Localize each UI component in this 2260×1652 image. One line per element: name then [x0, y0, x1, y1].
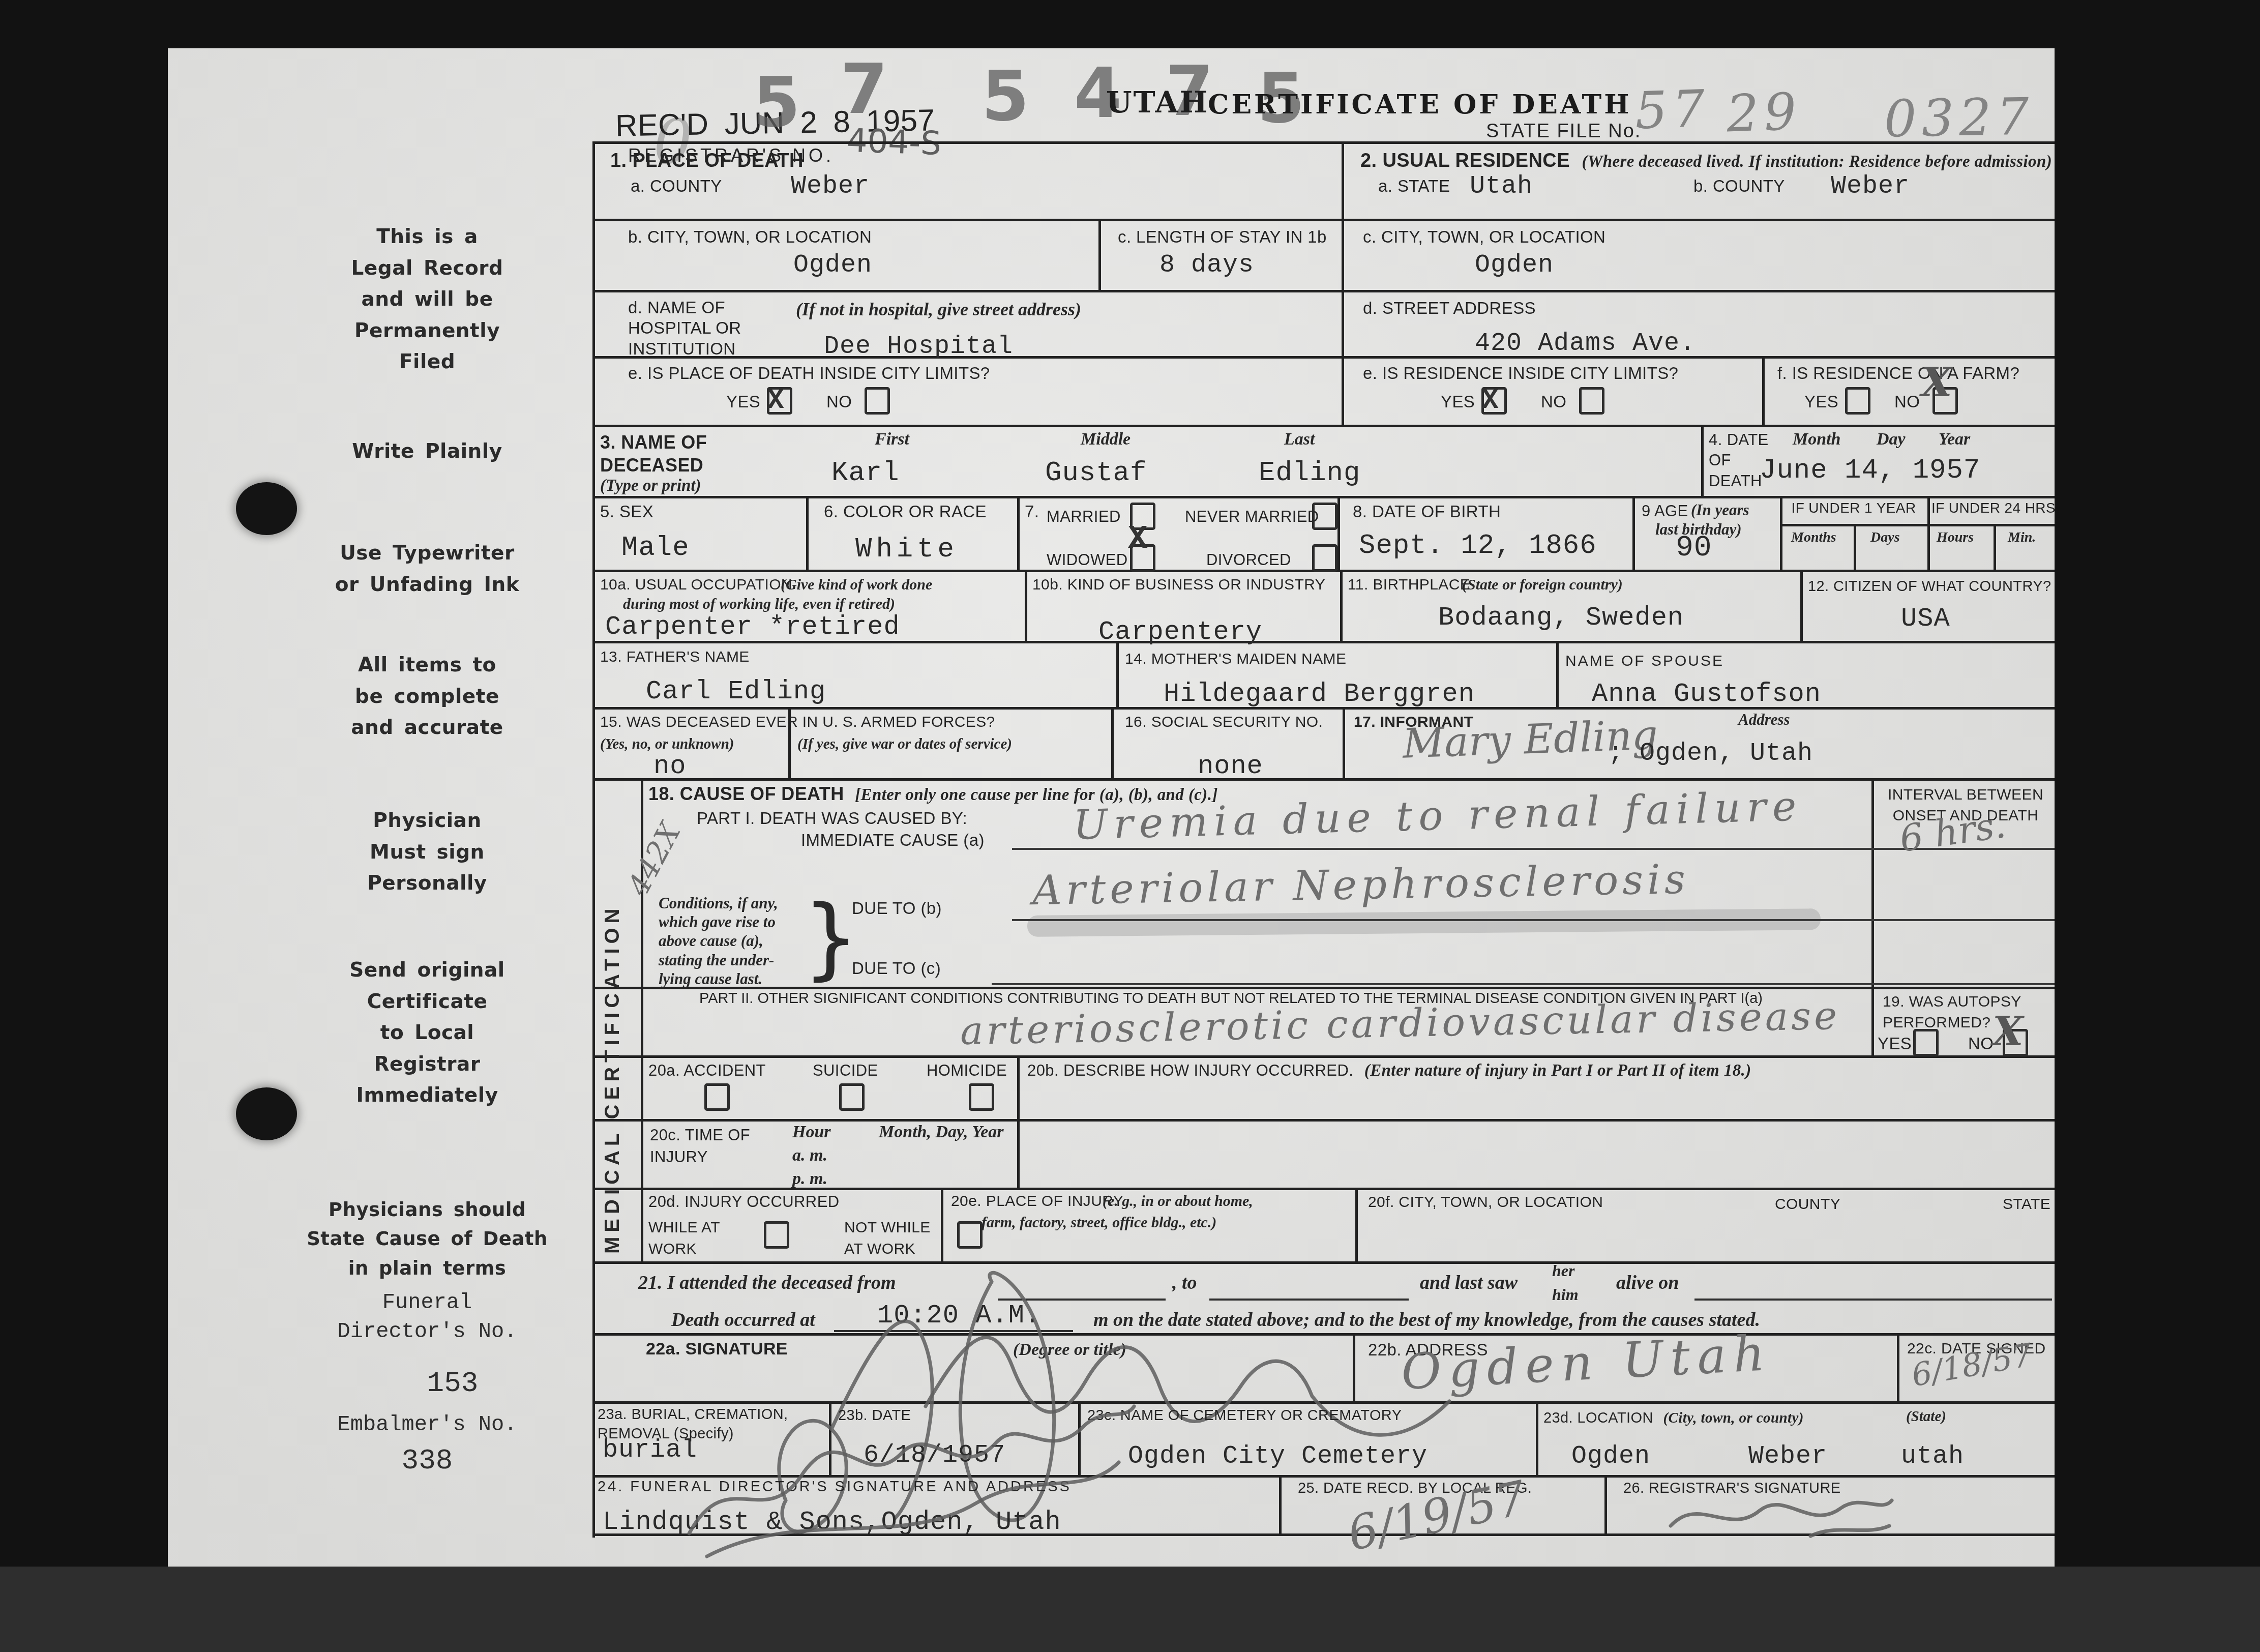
s2e-yes-label: YES [1441, 392, 1475, 411]
s21-her: her [1552, 1261, 1574, 1280]
s9-months-hint: Months [1791, 529, 1836, 546]
s2b-label: b. COUNTY [1693, 176, 1785, 196]
s17-address-typed: ; Ogden, Utah [1608, 739, 1813, 768]
s11-hint: (State or foreign country) [1462, 576, 1623, 594]
s9-hours-hint: Hours [1937, 529, 1974, 546]
s7-num: 7. [1025, 502, 1039, 521]
s1d-hint: (If not in hospital, give street address… [796, 299, 1081, 320]
s11-value: Bodaang, Sweden [1438, 603, 1684, 633]
s2f-yes-label: YES [1804, 392, 1838, 411]
s9-days-hint: Days [1870, 529, 1900, 546]
s2c-label: c. CITY, TOWN, OR LOCATION [1363, 227, 1605, 247]
s9-min-hint: Min. [2008, 529, 2036, 546]
s13-value: Carl Edling [646, 676, 826, 706]
s21-text4: alive on [1616, 1272, 1679, 1294]
s1e-yes-label: YES [726, 392, 760, 411]
s10b-value: Carpentery [1098, 617, 1262, 647]
s2f-yes-checkbox [1845, 387, 1870, 415]
s1e-no-checkbox [865, 387, 890, 415]
state-file-no: 29 [1726, 81, 1802, 143]
s10b-label: 10b. KIND OF BUSINESS OR INDUSTRY [1032, 576, 1325, 594]
s3-middle-hint: Middle [1081, 430, 1131, 449]
s2f-label: f. IS RESIDENCE ON A FARM? [1777, 364, 2019, 383]
s1c-value: 8 days [1159, 251, 1254, 280]
s23d-state-hint: (State) [1906, 1408, 1946, 1425]
s3-last-value: Edling [1259, 458, 1360, 489]
s10a-hint1: (Give kind of work done [781, 576, 932, 594]
s1b-value: Ogden [793, 251, 872, 280]
s8-value: Sept. 12, 1866 [1359, 530, 1597, 562]
s20c-mdy-hint: Month, Day, Year [879, 1123, 1004, 1142]
cause-b-smudge [1027, 908, 1821, 937]
s21-him: him [1552, 1285, 1579, 1304]
s18-due-b-label: DUE TO (b) [852, 899, 942, 918]
cause-c-rule [992, 983, 2055, 985]
s10a-hint2: during most of working life, even if ret… [623, 596, 895, 613]
state-file-label: STATE FILE No. [1486, 121, 1641, 142]
s20f-county-label: COUNTY [1775, 1196, 1840, 1213]
s20a-suicide-label: SUICIDE [813, 1061, 878, 1080]
s17-address-hint: Address [1738, 711, 1790, 729]
margin-all-items: All items to be complete and accurate [264, 650, 590, 744]
s1c-label: c. LENGTH OF STAY IN 1b [1118, 227, 1327, 247]
state-file-no: 0327 [1884, 86, 2034, 149]
margin-plain-terms: Physicians should State Cause of Death i… [244, 1195, 610, 1283]
s7-divorced-checkbox [1312, 544, 1337, 572]
s20a-accident-checkbox [704, 1083, 730, 1111]
s1a-label: a. COUNTY [631, 176, 722, 196]
s3-middle-value: Gustaf [1045, 458, 1147, 489]
s14-label: 14. MOTHER'S MAIDEN NAME [1125, 651, 1346, 668]
s20e-hint2: farm, factory, street, office bldg., etc… [982, 1214, 1216, 1231]
s1e-label: e. IS PLACE OF DEATH INSIDE CITY LIMITS? [628, 364, 990, 383]
s8-label: 8. DATE OF BIRTH [1353, 502, 1501, 521]
s23d-label: 23d. LOCATION [1543, 1410, 1653, 1426]
s1-label: 1. PLACE OF DEATH [610, 150, 804, 172]
s3-first-value: Karl [831, 458, 900, 489]
scanned-death-certificate: { "colors":{"paper":"#e2e2e0","ink":"#24… [0, 0, 2260, 1652]
typed-x: X [767, 386, 784, 417]
spouse-label: NAME OF SPOUSE [1565, 653, 1724, 670]
s6-label: 6. COLOR OR RACE [824, 502, 987, 521]
s23c-value: Ogden City Cemetery [1128, 1442, 1428, 1471]
state-file-no: 57 [1634, 78, 1711, 140]
s23d-state-value: utah [1901, 1442, 1964, 1471]
s15-label: 15. WAS DECEASED EVER IN U. S. ARMED FOR… [600, 714, 995, 731]
s21-blank3 [1694, 1299, 2052, 1301]
s23d-label-row: 23d. LOCATION (City, town, or county) [1543, 1407, 1804, 1427]
s20c-am-hint: a. m. [792, 1146, 827, 1165]
s20c-pm-hint: p. m. [792, 1169, 827, 1189]
s23d-county-value: Weber [1748, 1442, 1827, 1471]
funeral-director-no-label: Funeral Director's No. [264, 1288, 590, 1346]
s18-part1-label: PART I. DEATH WAS CAUSED BY: [697, 809, 967, 828]
cause-b-handwriting: Arteriolar Nephrosclerosis [1032, 855, 1689, 914]
s2f-no-hand-x: X [1921, 360, 1952, 406]
s9-hint1: (In years [1691, 501, 1749, 519]
s4-month-hint: Month [1793, 430, 1841, 449]
s2e-no-label: NO [1541, 392, 1566, 411]
s9-under1-label: IF UNDER 1 YEAR [1782, 500, 1925, 516]
s10a-value: Carpenter *retired [605, 612, 900, 642]
spouse-value: Anna Gustofson [1592, 679, 1821, 709]
s20d-while-label: WHILE AT WORK [648, 1217, 720, 1260]
s20b-label-row: 20b. DESCRIBE HOW INJURY OCCURRED. (Ente… [1027, 1060, 1751, 1080]
s19-yes-label: YES [1878, 1034, 1912, 1053]
margin-legal-record: This is a Legal Record and will be Perma… [264, 221, 590, 378]
s5-label: 5. SEX [600, 502, 653, 521]
s18-conditions-label: Conditions, if any, which gave rise to a… [659, 894, 778, 988]
s20d-label: 20d. INJURY OCCURRED [648, 1193, 840, 1211]
s9-under24-label: IF UNDER 24 HRS. [1931, 500, 2055, 516]
s13-label: 13. FATHER'S NAME [600, 648, 750, 666]
s16-value: none [1198, 751, 1263, 781]
registrar-signature [1658, 1488, 1902, 1549]
s10a-label: 10a. USUAL OCCUPATION [600, 576, 792, 594]
margin-send-original: Send original Certificate to Local Regis… [264, 955, 590, 1111]
s4-day-hint: Day [1877, 430, 1906, 449]
s12-value: USA [1901, 604, 1950, 634]
s2-hint: (Where deceased lived. If institution: R… [1582, 153, 2053, 171]
s1b-label: b. CITY, TOWN, OR LOCATION [628, 227, 872, 247]
s3-first-hint: First [875, 430, 909, 449]
s18-brace: } [802, 887, 859, 990]
s18-due-c-label: DUE TO (c) [852, 959, 941, 978]
s7-widowed-label: WIDOWED [1047, 551, 1128, 569]
s23d-city-value: Ogden [1571, 1442, 1650, 1471]
title-state: UTAH [1106, 85, 1209, 120]
s23d-hint: (City, town, or county) [1663, 1410, 1803, 1426]
s1a-value: Weber [791, 172, 870, 201]
s15-hint2: (If yes, give war or dates of service) [797, 736, 1012, 753]
s7-widowed-x: X [1128, 521, 1147, 558]
s20e-label: 20e. PLACE OF INJURY [951, 1193, 1123, 1210]
s6-value: White [855, 534, 958, 565]
s2d-label: d. STREET ADDRESS [1363, 299, 1536, 318]
s12-label: 12. CITIZEN OF WHAT COUNTRY? [1808, 578, 2051, 595]
s2e-no-checkbox [1579, 387, 1604, 415]
s11-label: 11. BIRTHPLACE [1348, 576, 1470, 594]
s20c-hour-hint: Hour [792, 1123, 831, 1142]
s2d-value: 420 Adams Ave. [1475, 329, 1696, 358]
s18-label: 18. CAUSE OF DEATH [648, 783, 844, 804]
medical-certification-vertical-label: MEDICAL CERTIFICATION [601, 904, 624, 1254]
s20a-homicide-checkbox [969, 1083, 994, 1111]
embalmer-no-label: Embalmer's No. [264, 1410, 590, 1439]
s18-immediate-label: IMMEDIATE CAUSE (a) [801, 831, 985, 850]
s20e-hint1: (e. g., in or about home, [1103, 1193, 1253, 1210]
s7-never-label: NEVER MARRIED [1185, 508, 1319, 526]
s20a-accident-label: 20a. ACCIDENT [648, 1061, 766, 1080]
margin-physician-sign: Physician Must sign Personally [264, 805, 590, 899]
s20b-hint: (Enter nature of injury in Part I or Par… [1364, 1061, 1751, 1080]
s20c-label: 20c. TIME OF INJURY [650, 1124, 750, 1168]
margin-write-plainly: Write Plainly [264, 436, 590, 467]
s1d-label: d. NAME OF HOSPITAL OR INSTITUTION [628, 298, 741, 359]
film-bottom-strip [0, 1567, 2260, 1652]
cause-a-rule [1012, 848, 2055, 850]
s9-label: 9 AGE [1642, 502, 1688, 520]
s15-value: no [653, 751, 686, 781]
s1d-value: Dee Hospital [824, 332, 1013, 361]
embalmer-no-value: 338 [264, 1442, 590, 1481]
file-stamp-digit: 5 [982, 56, 1029, 136]
s20a-suicide-checkbox [839, 1083, 865, 1111]
s2e-yes-checkbox: X [1481, 387, 1507, 415]
s2-label-row: 2. USUAL RESIDENCE (Where deceased lived… [1360, 150, 2052, 172]
s19-no-hand-x: X [1993, 1009, 2024, 1055]
punch-hole [236, 1087, 297, 1140]
funeral-director-no-value: 153 [290, 1365, 615, 1403]
s7-never-checkbox [1312, 503, 1337, 530]
s20b-label: 20b. DESCRIBE HOW INJURY OCCURRED. [1027, 1061, 1353, 1079]
s19-yes-checkbox [1913, 1029, 1939, 1056]
s19-no-label: NO [1968, 1034, 1994, 1053]
s4-year-hint: Year [1939, 430, 1970, 449]
funeral-director-signature [646, 1381, 1154, 1567]
s20f-state-label: STATE [2003, 1196, 2050, 1213]
s2a-value: Utah [1470, 172, 1533, 201]
s2b-value: Weber [1831, 172, 1910, 201]
punch-hole [236, 482, 297, 535]
s14-value: Hildegaard Berggren [1164, 679, 1475, 709]
margin-code-442x: 442X [620, 817, 687, 901]
s2c-value: Ogden [1475, 251, 1554, 280]
s5-value: Male [621, 533, 690, 564]
s7-married-label: MARRIED [1047, 508, 1121, 526]
s7-divorced-label: DIVORCED [1206, 551, 1291, 569]
certificate-paper: 0 REC'D JUN 2 8 1957 5 7 5 4 7 5 REGISTR… [168, 48, 2055, 1567]
s3-label: 3. NAME OF DECEASED [600, 431, 707, 477]
title-main: CERTIFICATE OF DEATH [1208, 89, 1631, 120]
cause-b-rule [1012, 919, 2055, 921]
s2e-label: e. IS RESIDENCE INSIDE CITY LIMITS? [1363, 364, 1678, 383]
s4-value: June 14, 1957 [1760, 455, 1980, 486]
s3-hint: (Type or print) [600, 477, 701, 495]
s2a-label: a. STATE [1378, 176, 1450, 196]
s16-label: 16. SOCIAL SECURITY NO. [1125, 714, 1323, 731]
s1e-yes-checkbox: X [767, 387, 792, 415]
s2f-no-label: NO [1894, 392, 1920, 411]
file-stamp-digit: 5 [753, 63, 800, 142]
margin-use-typewriter: Use Typewriter or Unfading Ink [264, 538, 590, 600]
s20f-label: 20f. CITY, TOWN, OR LOCATION [1368, 1194, 1603, 1211]
s15-hint1: (Yes, no, or unknown) [600, 736, 734, 753]
s9-value: 90 [1676, 532, 1712, 565]
s20a-homicide-label: HOMICIDE [927, 1061, 1007, 1080]
s1e-no-label: NO [826, 392, 852, 411]
s2-label: 2. USUAL RESIDENCE [1360, 150, 1570, 171]
s3-last-hint: Last [1284, 430, 1315, 449]
typed-x: X [1482, 386, 1498, 417]
file-stamp-digit: 7 [840, 49, 888, 129]
